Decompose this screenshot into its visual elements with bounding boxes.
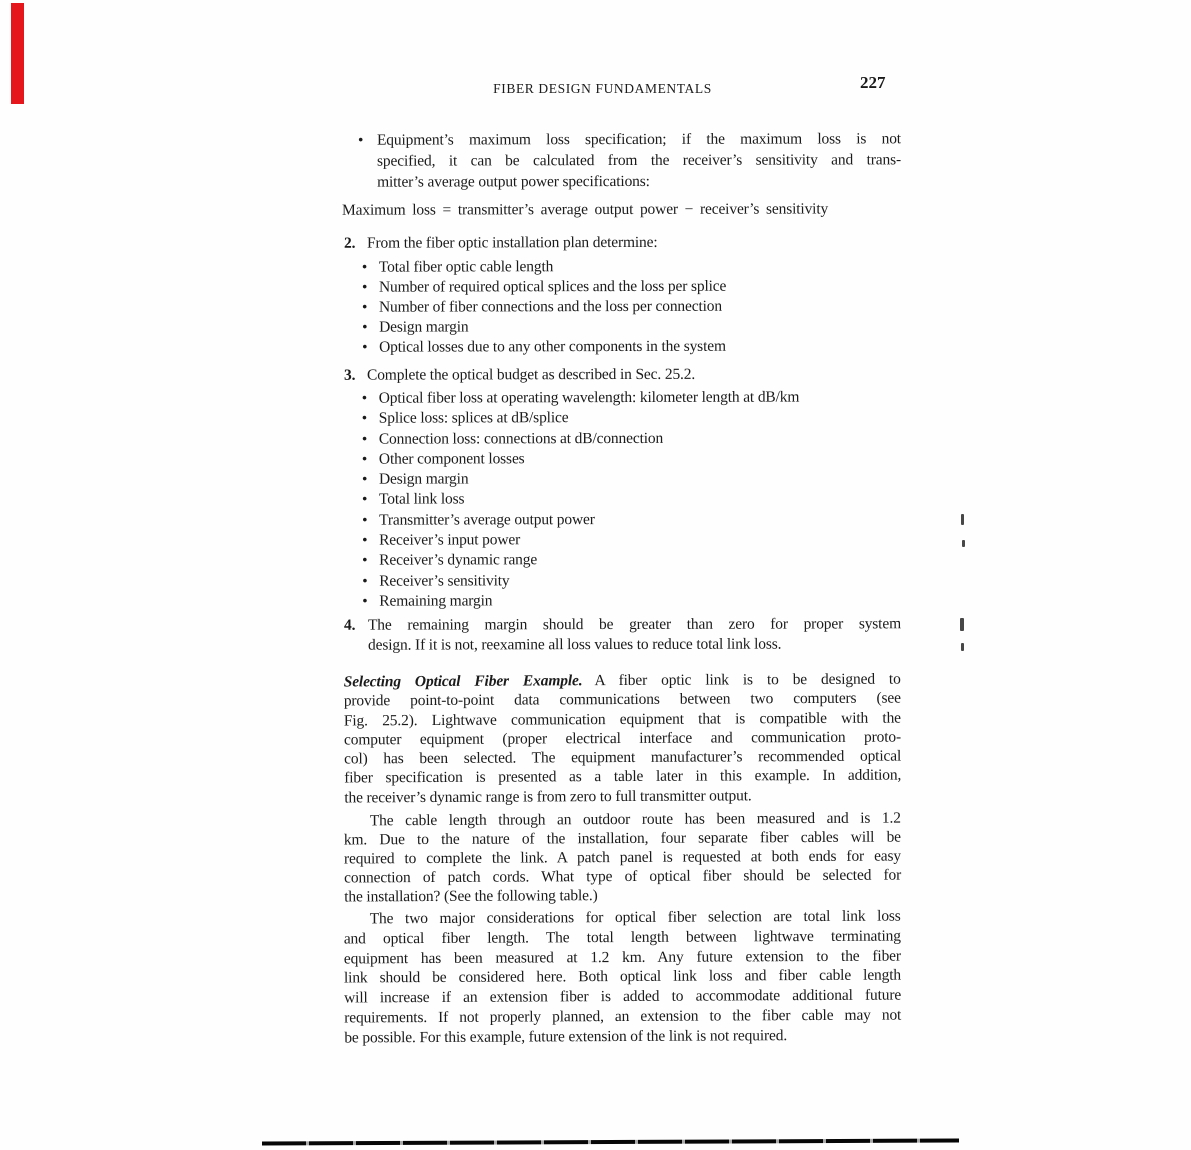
text-line: be possible. For this example, future ex…: [344, 1025, 901, 1048]
step-3-bullet-list: Optical fiber loss at operating waveleng…: [362, 387, 902, 612]
step-4-number: 4.: [344, 616, 368, 655]
step-2-bullet-list: Total fiber optic cable length Number of…: [362, 256, 901, 358]
list-item: Receiver’s sensitivity: [362, 570, 901, 592]
step-2: 2. From the fiber optic installation pla…: [344, 232, 901, 253]
example-heading-rest: A fiber optic link is to be designed to: [594, 671, 900, 690]
text-line: design. If it is not, reexamine all loss…: [368, 634, 901, 655]
intro-bullet-list: Equipment’s maximum loss specification; …: [358, 128, 901, 192]
step-2-number: 2.: [344, 234, 367, 254]
text-line: requirements. If not properly planned, a…: [344, 1006, 901, 1029]
scan-speck: [961, 514, 964, 525]
list-item: Number of required optical splices and t…: [362, 276, 901, 298]
scan-red-mark: [11, 3, 24, 104]
list-item: Other component losses: [362, 448, 901, 470]
text-line: The two major considerations for optical…: [344, 907, 901, 930]
step-3-text: Complete the optical budget as described…: [367, 365, 695, 386]
list-item: Number of fiber connections and the loss…: [362, 296, 901, 318]
text-line: connection of patch cords. What type of …: [344, 866, 901, 888]
list-item: Optical losses due to any other componen…: [362, 337, 901, 359]
list-item: Connection loss: connections at dB/conne…: [362, 428, 901, 450]
text-line: provide point-to-point data communicatio…: [344, 689, 901, 711]
book-page: FIBER DESIGN FUNDAMENTALS 227 Equipment’…: [0, 0, 1191, 1150]
step-3-number: 3.: [344, 366, 367, 386]
scan-speck: [961, 643, 964, 651]
text-line: the receiver’s dynamic range is from zer…: [344, 785, 901, 807]
list-item: Splice loss: splices at dB/splice: [362, 408, 901, 430]
list-item: Design margin: [362, 468, 901, 490]
list-item: Optical fiber loss at operating waveleng…: [362, 387, 901, 409]
example-paragraph-1: Selecting Optical Fiber Example.A fiber …: [344, 670, 902, 808]
list-item: Design margin: [362, 317, 901, 339]
scan-speck: [962, 540, 965, 547]
page-number: 227: [860, 73, 886, 93]
list-item: Transmitter’s average output power: [362, 509, 901, 531]
text-line: Equipment’s maximum loss specification; …: [377, 128, 901, 150]
step-4-text: The remaining margin should be greater t…: [368, 614, 901, 654]
list-item: Total link loss: [362, 489, 901, 511]
example-paragraph-2: The cable length through an outdoor rout…: [344, 809, 901, 907]
text-line: The remaining margin should be greater t…: [368, 614, 901, 635]
equation-line: Maximum loss = transmitter’s average out…: [342, 200, 902, 219]
text-line: mitter’s average output power specificat…: [377, 170, 901, 192]
intro-bullet-item: Equipment’s maximum loss specification; …: [358, 128, 901, 192]
list-item: Total fiber optic cable length: [362, 256, 901, 278]
step-2-text: From the fiber optic installation plan d…: [367, 233, 658, 254]
text-line: fiber specification is presented as a ta…: [344, 766, 901, 788]
text-line: and optical fiber length. The total leng…: [344, 926, 901, 949]
list-item: Remaining margin: [362, 590, 901, 612]
list-item: Receiver’s dynamic range: [362, 550, 901, 572]
text-line: the installation? (See the following tab…: [344, 885, 901, 907]
step-3: 3. Complete the optical budget as descri…: [344, 364, 901, 385]
example-paragraph-3: The two major considerations for optical…: [344, 907, 902, 1048]
example-heading: Selecting Optical Fiber Example.: [344, 672, 583, 690]
step-4: 4. The remaining margin should be greate…: [344, 614, 901, 654]
scan-speck: [960, 618, 964, 631]
running-head-title: FIBER DESIGN FUNDAMENTALS: [344, 81, 901, 97]
text-line: specified, it can be calculated from the…: [377, 149, 901, 171]
list-item: Receiver’s input power: [362, 529, 901, 551]
scan-bottom-edge-line: [262, 1138, 959, 1145]
